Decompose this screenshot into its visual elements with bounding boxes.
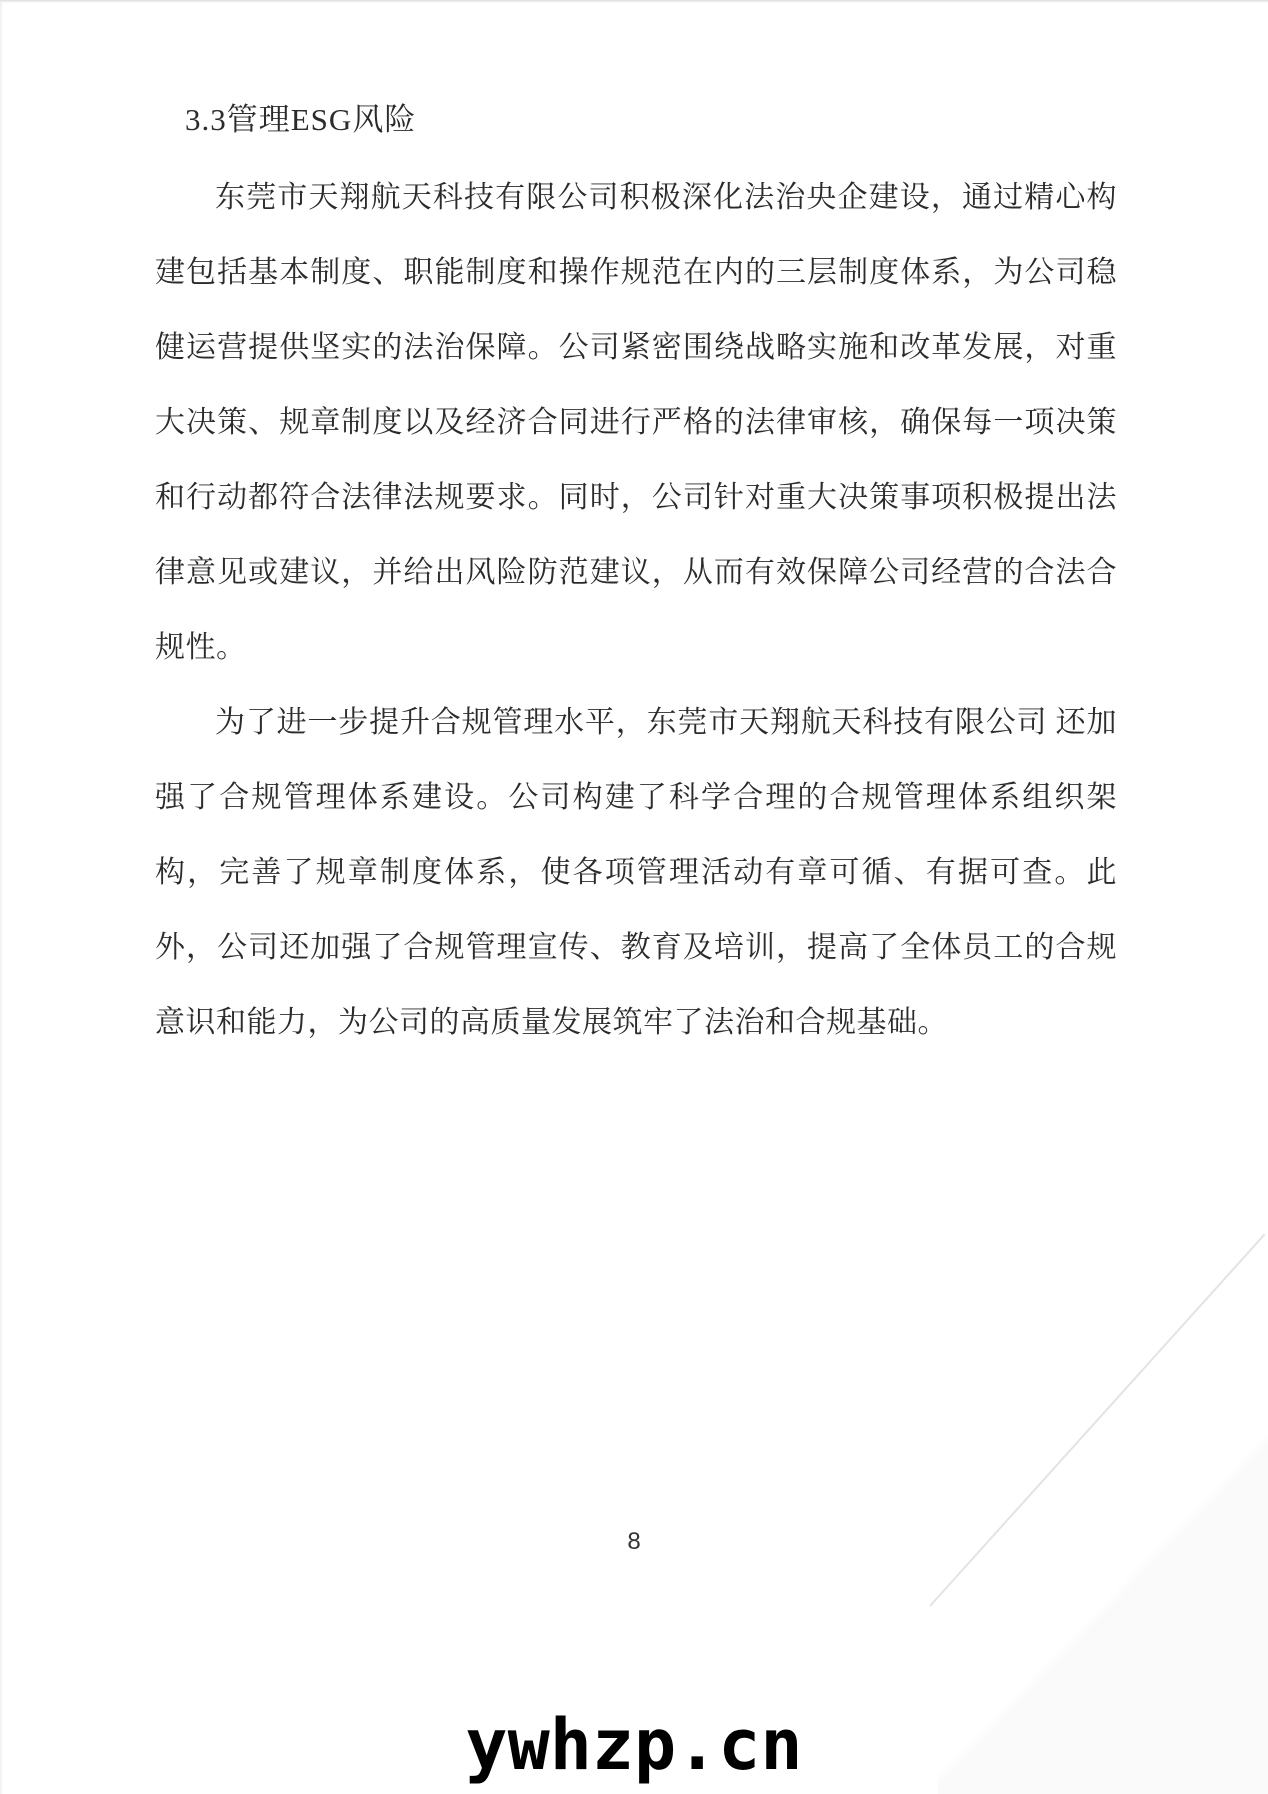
- document-page: 3.3管理ESG风险 东莞市天翔航天科技有限公司积极深化法治央企建设，通过精心构…: [0, 0, 1268, 1794]
- page-content: 3.3管理ESG风险 东莞市天翔航天科技有限公司积极深化法治央企建设，通过精心构…: [155, 98, 1117, 1060]
- section-heading: 3.3管理ESG风险: [155, 98, 1117, 142]
- page-number: 8: [0, 1528, 1268, 1556]
- scan-edge-left: [0, 0, 3, 1794]
- scan-edge-top: [0, 0, 1268, 3]
- paragraph: 为了进一步提升合规管理水平，东莞市天翔航天科技有限公司 还加强了合规管理体系建设…: [155, 685, 1117, 1060]
- paragraph: 东莞市天翔航天科技有限公司积极深化法治央企建设，通过精心构建包括基本制度、职能制…: [155, 160, 1117, 685]
- watermark-text: ywhzp.cn: [0, 1704, 1268, 1786]
- body-text: 东莞市天翔航天科技有限公司积极深化法治央企建设，通过精心构建包括基本制度、职能制…: [155, 160, 1117, 1060]
